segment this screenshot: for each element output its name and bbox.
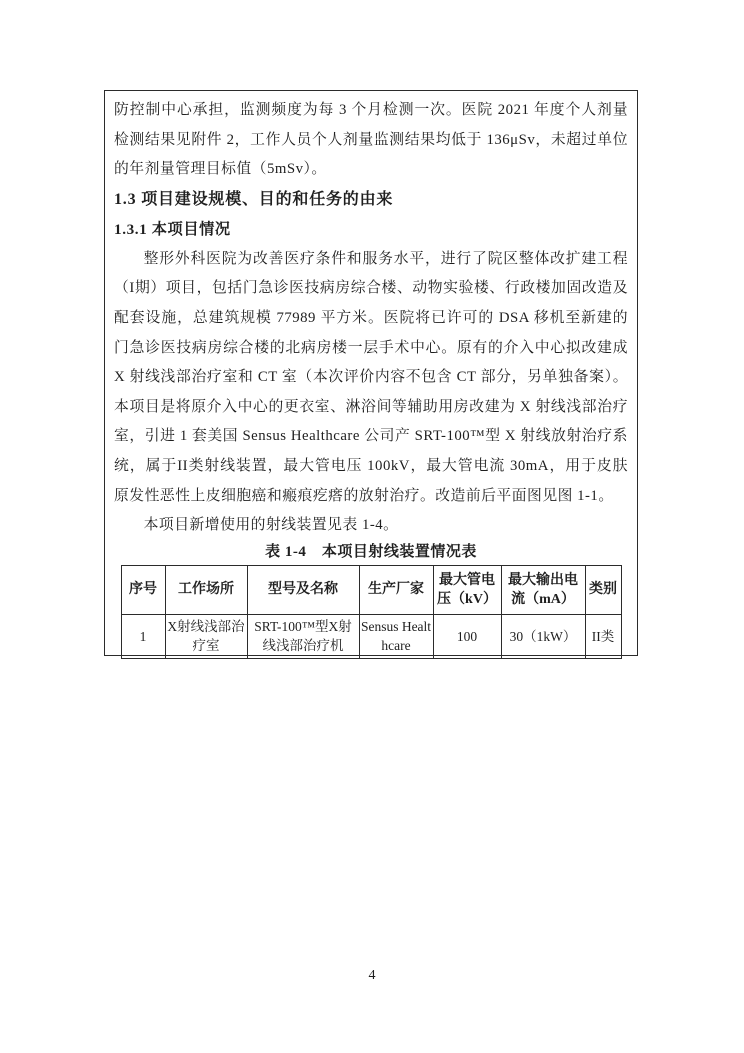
section-heading-1-3: 1.3 项目建设规模、目的和任务的由来 [114, 185, 628, 215]
table-row: 1 X射线浅部治疗室 SRT-100™型X射线浅部治疗机 Sensus Heal… [121, 614, 621, 658]
content-border-box: 防控制中心承担，监测频度为每 3 个月检测一次。医院 2021 年度个人剂量检测… [104, 90, 638, 656]
cell-workplace: X射线浅部治疗室 [165, 614, 247, 658]
cell-category: II类 [585, 614, 621, 658]
cell-max-tube-voltage: 100 [433, 614, 501, 658]
paragraph-dose-monitoring: 防控制中心承担，监测频度为每 3 个月检测一次。医院 2021 年度个人剂量检测… [114, 96, 628, 185]
table-header-row: 序号 工作场所 型号及名称 生产厂家 最大管电压（kV） 最大输出电流（mA） … [121, 565, 621, 614]
paragraph-table-intro: 本项目新增使用的射线装置见表 1-4。 [114, 511, 628, 541]
col-header-workplace: 工作场所 [165, 565, 247, 614]
page-number: 4 [0, 966, 744, 986]
col-header-model-name: 型号及名称 [247, 565, 359, 614]
table-1-4-title: 表 1-4 本项目射线装置情况表 [114, 542, 628, 563]
cell-model-name: SRT-100™型X射线浅部治疗机 [247, 614, 359, 658]
col-header-max-tube-voltage: 最大管电压（kV） [433, 565, 501, 614]
col-header-category: 类别 [585, 565, 621, 614]
document-page: 防控制中心承担，监测频度为每 3 个月检测一次。医院 2021 年度个人剂量检测… [0, 0, 744, 1053]
subsection-heading-1-3-1: 1.3.1 本项目情况 [114, 215, 628, 245]
col-header-max-output-current: 最大输出电流（mA） [501, 565, 585, 614]
cell-manufacturer: Sensus Healthcare [359, 614, 433, 658]
cell-max-output-current: 30（1kW） [501, 614, 585, 658]
paragraph-project-description: 整形外科医院为改善医疗条件和服务水平，进行了院区整体改扩建工程（I期）项目，包括… [114, 245, 628, 511]
col-header-manufacturer: 生产厂家 [359, 565, 433, 614]
cell-serial-number: 1 [121, 614, 165, 658]
col-header-serial-number: 序号 [121, 565, 165, 614]
radiation-device-table: 序号 工作场所 型号及名称 生产厂家 最大管电压（kV） 最大输出电流（mA） … [121, 565, 622, 659]
